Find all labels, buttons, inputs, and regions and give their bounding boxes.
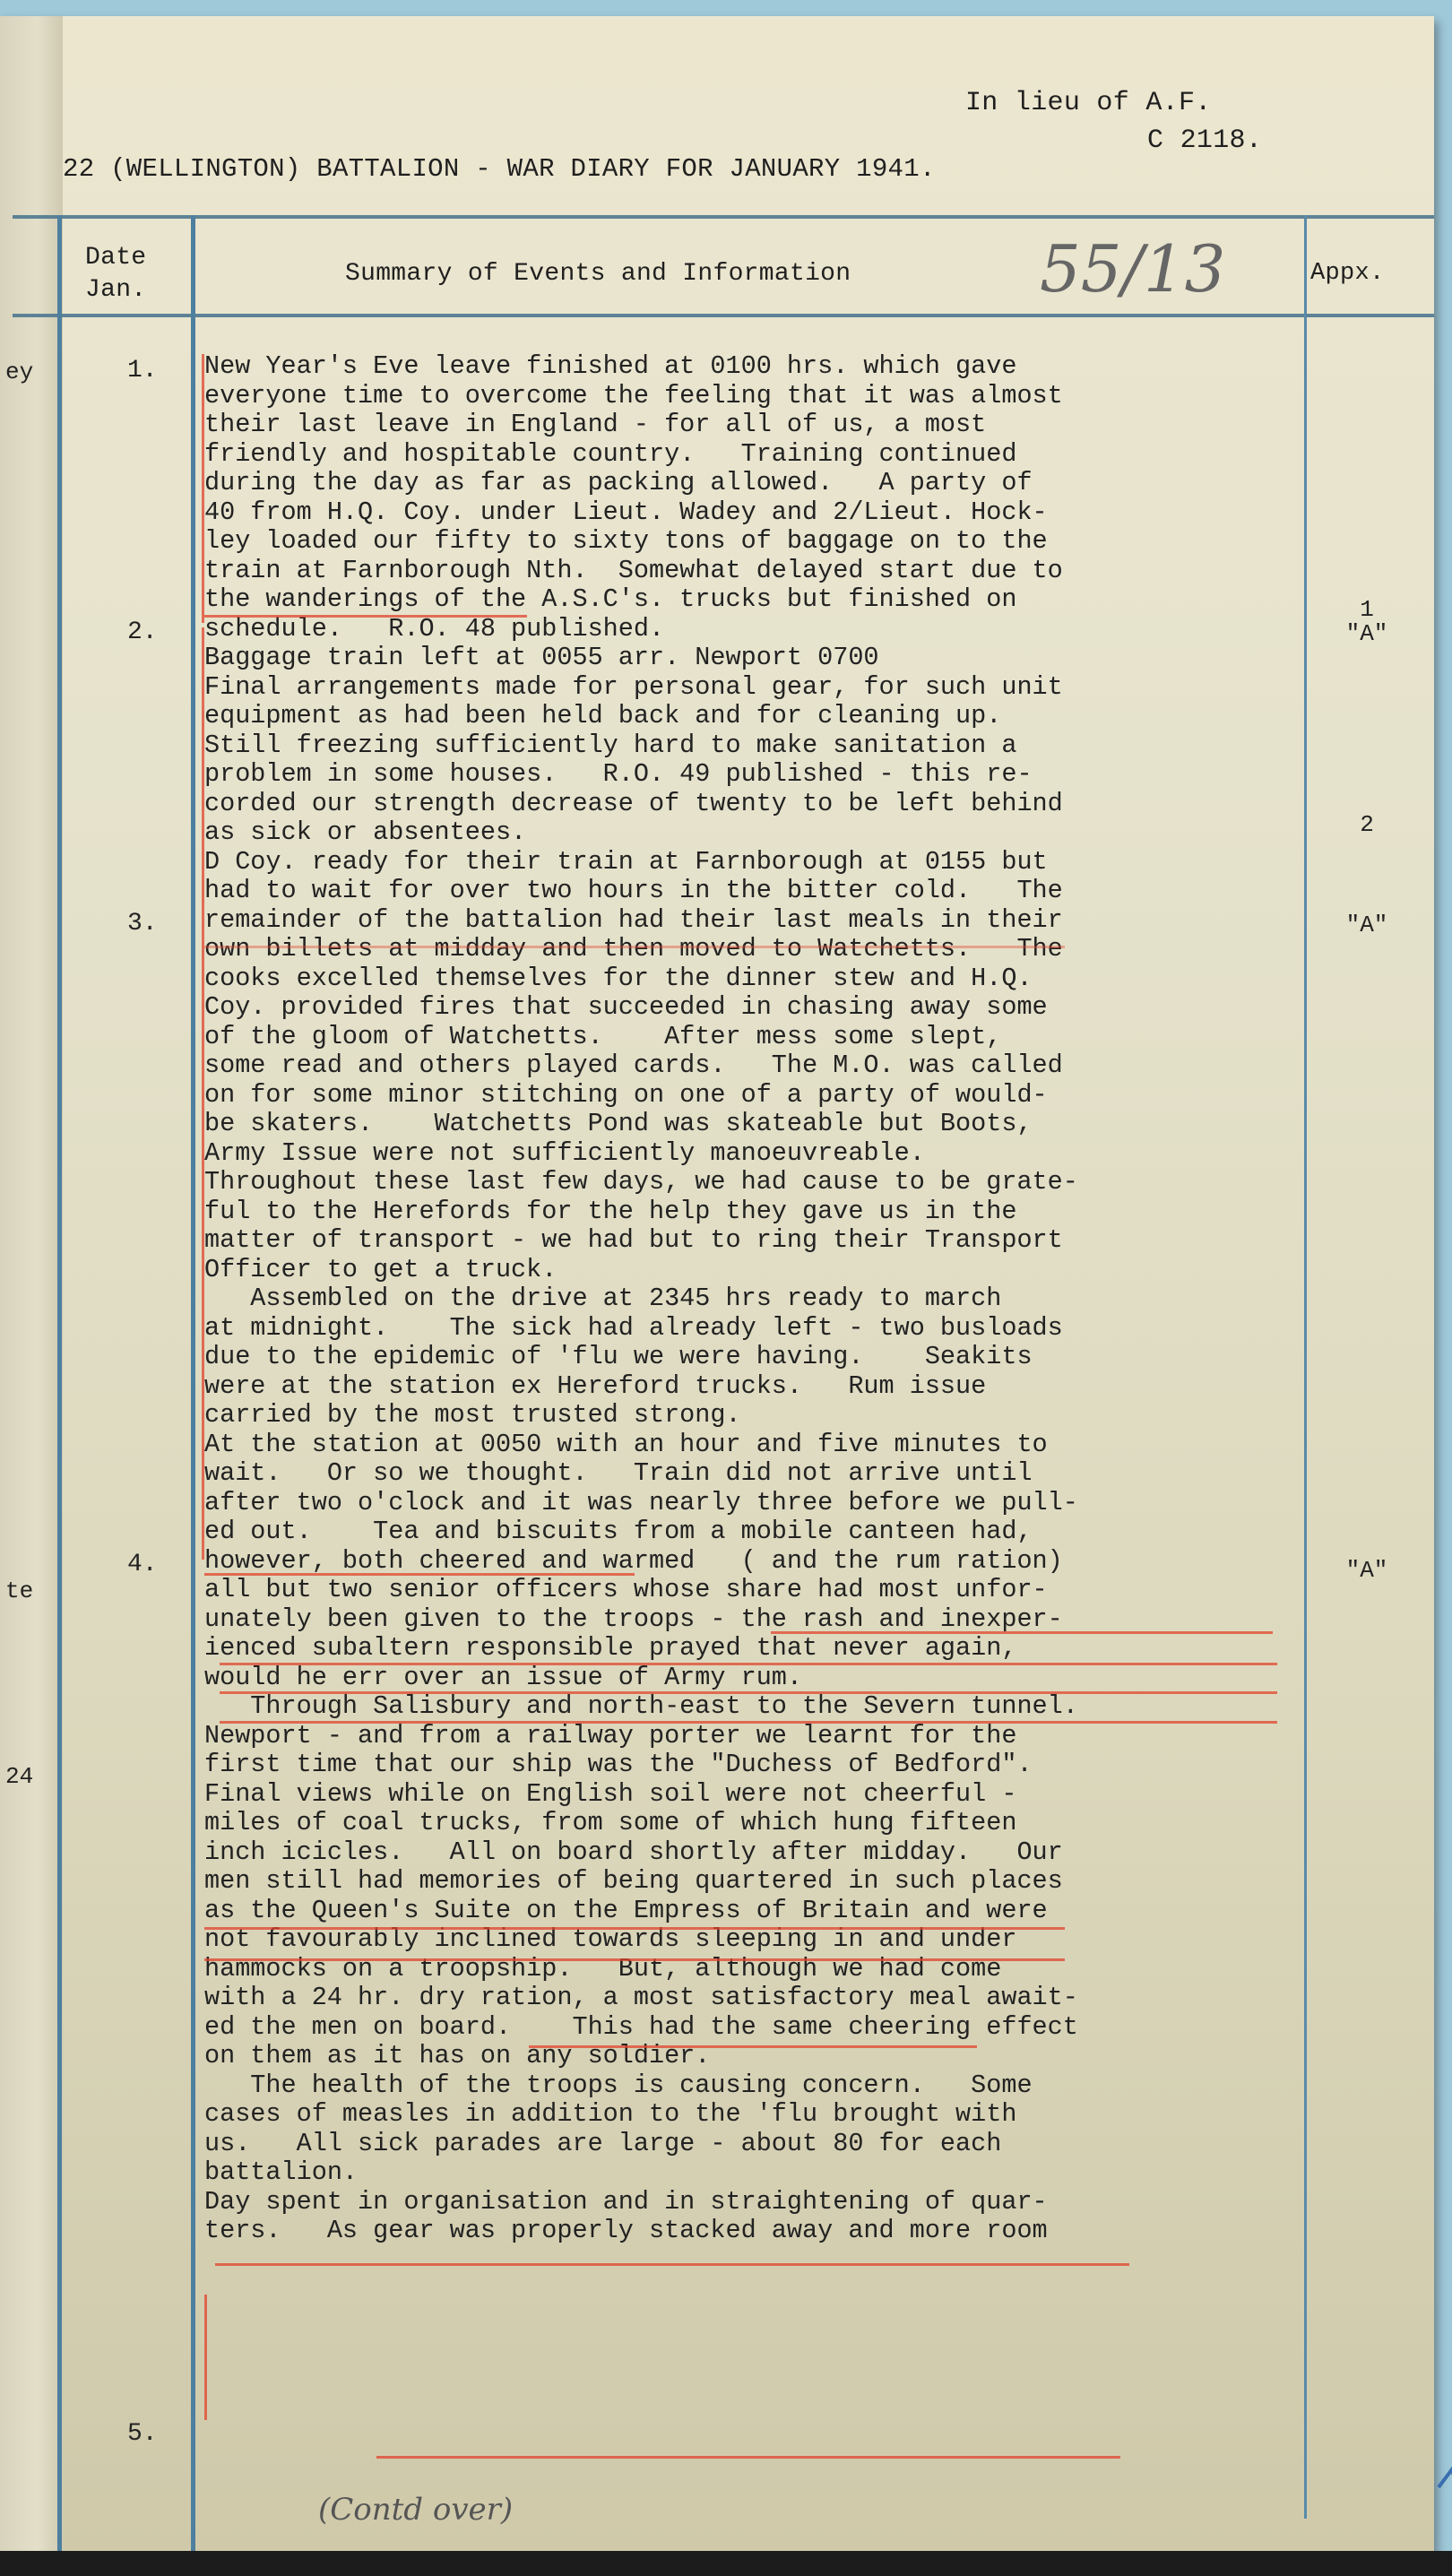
appendix-ref: "A" <box>1335 912 1398 938</box>
red-underline <box>529 2045 977 2048</box>
appendix-ref: 1 <box>1335 596 1398 623</box>
continued-over-note: (Contd over) <box>318 2492 513 2528</box>
body-line: of the gloom of Watchetts. After mess so… <box>204 1023 1078 1052</box>
body-line: had to wait for over two hours in the bi… <box>204 877 1078 906</box>
appendix-column-header: Appx. <box>1310 260 1385 287</box>
body-line: corded our strength decrease of twenty t… <box>204 790 1078 819</box>
body-line: D Coy. ready for their train at Farnboro… <box>204 848 1078 877</box>
entry-date-5: 5. <box>127 2420 158 2448</box>
body-line: be skaters. Watchetts Pond was skateable… <box>204 1110 1078 1139</box>
body-line: due to the epidemic of 'flu we were havi… <box>204 1343 1078 1372</box>
date-column-left-rule <box>57 215 62 2554</box>
body-line: as the Queen's Suite on the Empress of B… <box>204 1897 1078 1926</box>
body-line: own billets at midday and then moved to … <box>204 935 1078 964</box>
body-line: Through Salisbury and north-east to the … <box>204 1692 1078 1722</box>
red-margin-mark <box>204 2295 207 2420</box>
body-line: miles of coal trucks, from some of which… <box>204 1809 1078 1838</box>
body-line: cooks excelled themselves for the dinner… <box>204 964 1078 994</box>
body-line: the wanderings of the A.S.C's. trucks bu… <box>204 585 1078 615</box>
body-line: after two o'clock and it was nearly thre… <box>204 1489 1078 1518</box>
body-line: everyone time to overcome the feeling th… <box>204 382 1078 411</box>
body-line: at midnight. The sick had already left -… <box>204 1314 1078 1344</box>
entry-date-1: 1. <box>127 357 158 385</box>
entry-date-2: 2. <box>127 618 158 646</box>
date-column-header-line2: Jan. <box>85 276 146 304</box>
body-line: their last leave in England - for all of… <box>204 411 1078 440</box>
entry-date-4: 4. <box>127 1551 158 1578</box>
red-underline <box>204 1573 635 1576</box>
body-line: ed the men on board. This had the same c… <box>204 2013 1078 2043</box>
summary-of-events-body: New Year's Eve leave finished at 0100 hr… <box>204 352 1078 2246</box>
appendix-ref: 2 <box>1335 811 1398 838</box>
body-line: ienced subaltern responsible prayed that… <box>204 1634 1078 1664</box>
red-underline <box>215 2263 1129 2266</box>
body-line: carried by the most trusted strong. <box>204 1401 1078 1431</box>
body-line: battalion. <box>204 2158 1078 2188</box>
blue-pencil-tick-icon <box>1430 2433 1452 2514</box>
body-line: as sick or absentees. <box>204 818 1078 848</box>
body-line: remainder of the battalion had their las… <box>204 906 1078 936</box>
body-line: schedule. R.O. 48 published. <box>204 615 1078 644</box>
body-line: inch icicles. All on board shortly after… <box>204 1838 1078 1868</box>
red-margin-mark <box>202 914 204 1560</box>
body-line: Officer to get a truck. <box>204 1256 1078 1285</box>
date-column-right-rule <box>191 215 195 2554</box>
entry-date-3: 3. <box>127 910 158 938</box>
red-underline <box>771 1631 1273 1634</box>
body-line: ful to the Herefords for the help they g… <box>204 1197 1078 1227</box>
form-reference-line2: C 2118. <box>1147 125 1262 156</box>
body-line: cases of measles in addition to the 'flu… <box>204 2100 1078 2130</box>
body-line: were at the station ex Hereford trucks. … <box>204 1372 1078 1402</box>
body-line: men still had memories of being quartere… <box>204 1867 1078 1897</box>
body-line: Day spent in organisation and in straigh… <box>204 2188 1078 2217</box>
body-line: ed out. Tea and biscuits from a mobile c… <box>204 1517 1078 1547</box>
body-line: Final arrangements made for personal gea… <box>204 673 1078 703</box>
body-line: would he err over an issue of Army rum. <box>204 1664 1078 1693</box>
appendix-column-rule <box>1304 215 1307 2519</box>
body-line: however, both cheered and warmed ( and t… <box>204 1547 1078 1577</box>
red-underline <box>204 1958 1065 1961</box>
margin-fragment: te <box>5 1578 33 1604</box>
body-line: Baggage train left at 0055 arr. Newport … <box>204 644 1078 673</box>
body-line: New Year's Eve leave finished at 0100 hr… <box>204 352 1078 382</box>
red-underline <box>204 946 1065 948</box>
red-underline <box>376 2456 1120 2459</box>
date-column-header-line1: Date <box>85 244 146 272</box>
body-line: 40 from H.Q. Coy. under Lieut. Wadey and… <box>204 498 1078 528</box>
header-bottom-rule <box>13 314 1434 317</box>
body-line: friendly and hospitable country. Trainin… <box>204 440 1078 470</box>
table-top-rule <box>13 215 1434 219</box>
page-shadow <box>0 2551 1452 2576</box>
body-line: Assembled on the drive at 2345 hrs ready… <box>204 1284 1078 1314</box>
body-line: equipment as had been held back and for … <box>204 702 1078 731</box>
red-underline <box>220 1663 1277 1665</box>
body-line: unately been given to the troops - the r… <box>204 1605 1078 1635</box>
margin-fragment: 24 <box>5 1763 33 1790</box>
body-line: ley loaded our fifty to sixty tons of ba… <box>204 527 1078 557</box>
body-line: first time that our ship was the "Duches… <box>204 1750 1078 1780</box>
body-line: with a 24 hr. dry ration, a most satisfa… <box>204 1984 1078 2013</box>
red-underline <box>220 1691 1277 1694</box>
body-line: train at Farnborough Nth. Somewhat delay… <box>204 557 1078 586</box>
previous-page-edge <box>0 16 63 2553</box>
body-line: At the station at 0050 with an hour and … <box>204 1431 1078 1460</box>
body-line: Final views while on English soil were n… <box>204 1780 1078 1810</box>
body-line: us. All sick parades are large - about 8… <box>204 2130 1078 2159</box>
body-line: Coy. provided fires that succeeded in ch… <box>204 993 1078 1023</box>
body-line: problem in some houses. R.O. 49 publishe… <box>204 760 1078 790</box>
body-line: ters. As gear was properly stacked away … <box>204 2217 1078 2246</box>
body-line: Still freezing sufficiently hard to make… <box>204 731 1078 761</box>
form-reference-line1: In lieu of A.F. <box>965 88 1212 118</box>
body-line: some read and others played cards. The M… <box>204 1051 1078 1081</box>
body-line: matter of transport - we had but to ring… <box>204 1226 1078 1256</box>
body-line: Army Issue were not sufficiently manoeuv… <box>204 1139 1078 1169</box>
body-line: The health of the troops is causing conc… <box>204 2071 1078 2101</box>
body-line: Throughout these last few days, we had c… <box>204 1168 1078 1197</box>
red-underline <box>204 615 527 618</box>
red-margin-mark <box>202 354 204 623</box>
red-margin-mark <box>202 627 204 914</box>
body-line: wait. Or so we thought. Train did not ar… <box>204 1459 1078 1489</box>
appendix-ref: "A" <box>1335 1557 1398 1584</box>
margin-fragment: ey <box>5 359 33 385</box>
document-title: 22 (WELLINGTON) BATTALION - WAR DIARY FO… <box>63 154 936 184</box>
red-underline <box>220 1721 1277 1724</box>
body-line: during the day as far as packing allowed… <box>204 469 1078 498</box>
body-line: on for some minor stitching on one of a … <box>204 1081 1078 1111</box>
handwritten-reference-number: 55/13 <box>1040 231 1226 307</box>
appendix-ref: "A" <box>1335 620 1398 647</box>
body-line: all but two senior officers whose share … <box>204 1576 1078 1605</box>
red-underline <box>204 1927 1065 1930</box>
summary-column-header: Summary of Events and Information <box>345 260 851 288</box>
body-line: Newport - and from a railway porter we l… <box>204 1722 1078 1751</box>
